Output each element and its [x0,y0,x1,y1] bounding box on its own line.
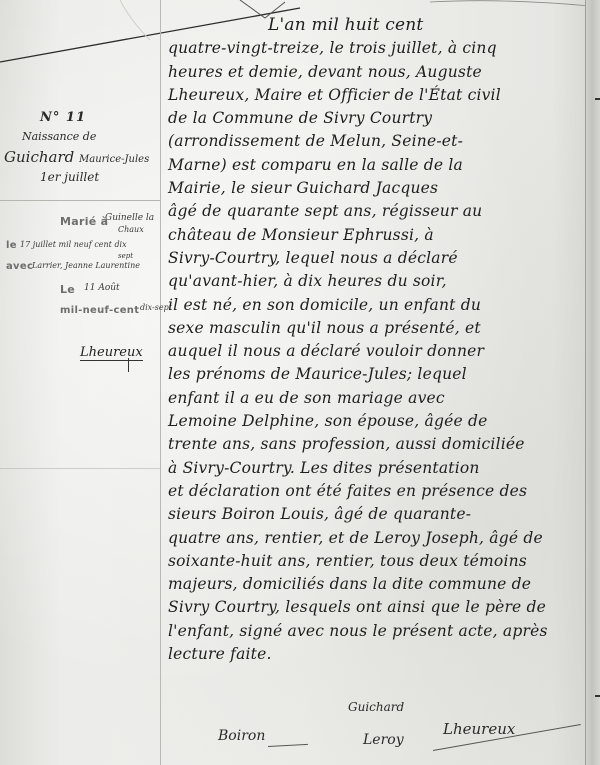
printed-le: le [6,240,17,251]
body-line: quatre ans, rentier, et de Leroy Joseph,… [168,527,586,550]
body-line: majeurs, domiciliés dans la dite commune… [168,573,586,596]
marriage-place-2: Chaux [118,225,144,234]
edge-mark [595,98,600,100]
register-page: N° 11 Naissance de Guichard Maurice-Jule… [0,0,600,765]
edge-mark [595,695,600,697]
body-line: Marne) est comparu en la salle de la [168,154,586,177]
margin-heading: Naissance de [22,130,96,143]
body-line: Sivry-Courtry, lequel nous a déclaré [168,247,586,270]
body-line: de la Commune de Sivry Courtry [168,107,586,130]
printed-avec: avec [6,261,33,272]
body-line: qu'avant-hier, à dix heures du soir, [168,270,586,293]
entry-number: N° 11 [40,110,86,125]
body-line: soixante-huit ans, rentier, tous deux té… [168,550,586,573]
body-line: à Sivry-Courtry. Les dites présentation [168,457,586,480]
act-body: L'an mil huit cent quatre-vingt-treize, … [168,14,586,666]
witness1-signature: Boiron [218,728,265,744]
margin-given-names: Maurice-Jules [79,154,149,165]
body-line: quatre-vingt-treize, le trois juillet, à… [168,37,586,60]
body-line: sexe masculin qu'il nous a présenté, et [168,317,586,340]
margin-divider-lower [0,468,160,469]
body-line: Sivry Courtry, lesquels ont ainsi que le… [168,596,586,619]
body-line: Lemoine Delphine, son épouse, âgée de [168,410,586,433]
body-line: âgé de quarante sept ans, régisseur au [168,200,586,223]
margin-divider [0,200,160,201]
mention-date: 11 Août [84,283,120,293]
body-line: Mairie, le sieur Guichard Jacques [168,177,586,200]
printed-marie: Marié à [60,215,108,228]
signature-block: Guichard Boiron Leroy Lheureux [168,720,586,765]
margin-birth-date: 1er juillet [40,170,99,184]
body-line: L'an mil huit cent [168,14,586,37]
signature-flourish [268,744,308,747]
body-line: et déclaration ont été faites en présenc… [168,480,586,503]
body-line: sieurs Boiron Louis, âgé de quarante- [168,503,586,526]
body-line: lecture faite. [168,643,586,666]
body-line: Lheureux, Maire et Officier de l'État ci… [168,84,586,107]
witness2-signature: Leroy [363,732,404,748]
body-line: château de Monsieur Ephrussi, à [168,224,586,247]
body-line: il est né, en son domicile, un enfant du [168,294,586,317]
body-line: l'enfant, signé avec nous le présent act… [168,620,586,643]
margin-rule [160,0,161,765]
marriage-date: 17 juillet mil neuf cent dix [20,240,127,249]
margin-surname: Guichard [4,148,74,166]
marriage-spouse: Larrier, Jeanne Laurentine [32,261,140,270]
mayor-signature: Lheureux [443,720,515,738]
body-line: les prénoms de Maurice-Jules; lequel [168,363,586,386]
body-line: heures et demie, devant nous, Auguste [168,61,586,84]
signature-tail [128,358,129,372]
printed-mil-neuf-cent: mil-neuf-cent [60,305,139,316]
marriage-date-sup: sept [118,252,133,260]
body-line: (arrondissement de Melun, Seine-et- [168,130,586,153]
page-binding-edge [585,0,600,765]
marriage-place: Guinelle la [105,213,154,223]
body-line: auquel il nous a déclaré vouloir donner [168,340,586,363]
father-signature: Guichard [348,700,404,714]
body-line: trente ans, sans profession, aussi domic… [168,433,586,456]
printed-le-2: Le [60,283,75,296]
body-line: enfant il a eu de son mariage avec [168,387,586,410]
margin-child-name: Guichard Maurice-Jules [4,148,149,166]
margin-officer-signature: Lheureux [80,345,143,361]
